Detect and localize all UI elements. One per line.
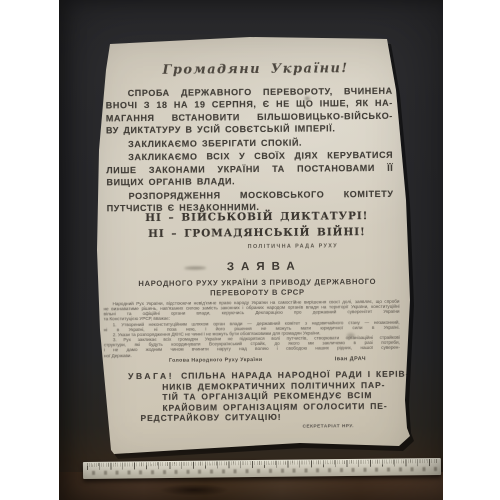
chairman-name: Іван ДРАЧ bbox=[335, 356, 366, 362]
wood-stain bbox=[159, 484, 229, 496]
appeal-line: ВУ ДИКТАТУРУ В УСІЙ СОВЄТСЬКІЙ ІМПЕРІЇ. bbox=[106, 122, 393, 137]
political-council-signature: ПОЛІТИЧНА РАДА РУХУ bbox=[248, 243, 338, 250]
listing-photo-canvas: Громадяни України! СПРОБА ДЕРЖАВНОГО ПЕР… bbox=[0, 0, 500, 500]
secretariat-signature: СЕКРЕТАРІАТ НРУ. bbox=[303, 423, 354, 428]
photo-of-leaflet: Громадяни України! СПРОБА ДЕРЖАВНОГО ПЕР… bbox=[59, 0, 443, 500]
chairman-title: Голова Народного Руху України bbox=[169, 357, 263, 364]
notice-line: РЕДСТРАЙКОВУ СИТУАЦІЮ! bbox=[140, 411, 404, 424]
slogans-block: НІ – ВІЙСЬКОВІЙ ДИКТАТУРІ! НІ – ГРОМАДЯН… bbox=[96, 209, 418, 243]
appeal-text: СПРОБА ДЕРЖАВНОГО ПЕРЕВОРОТУ, ВЧИНЕНА ВН… bbox=[106, 85, 394, 215]
attention-word: УВАГА! bbox=[128, 371, 174, 381]
statement-title: ЗАЯВА bbox=[103, 260, 425, 275]
salutation-heading: Громадяни України! bbox=[94, 61, 416, 79]
slogan-no-civil-war: НІ – ГРОМАДЯНСЬКІЙ ВІЙНІ! bbox=[96, 224, 418, 242]
statement-body: Народний Рух України, відстоюючи невід'є… bbox=[103, 299, 399, 358]
attention-notice: УВАГА!СПІЛЬНА НАРАДА НАРОДНОЇ РАДИ І КЕР… bbox=[128, 369, 404, 424]
appeal-line: ВИЩИХ ОРГАНІВ ВЛАДИ. bbox=[106, 174, 393, 189]
leaflet-paper: Громадяни України! СПРОБА ДЕРЖАВНОГО ПЕР… bbox=[96, 34, 418, 455]
notice-line-text: СПІЛЬНА НАРАДА НАРОДНОЇ РАДИ І КЕРІВ- bbox=[181, 369, 409, 381]
statement-subtitle: НАРОДНОГО РУХУ УКРАЇНИ З ПРИВОДУ ДЕРЖАВН… bbox=[96, 277, 418, 300]
statement-signature-row: Голова Народного Руху України Іван ДРАЧ bbox=[97, 356, 419, 367]
appeal-line: ЗАКЛИКАЄМО ЗБЕРІГАТИ СПОКІЙ. bbox=[106, 136, 393, 151]
leaflet-content: Громадяни України! СПРОБА ДЕРЖАВНОГО ПЕР… bbox=[94, 33, 420, 457]
